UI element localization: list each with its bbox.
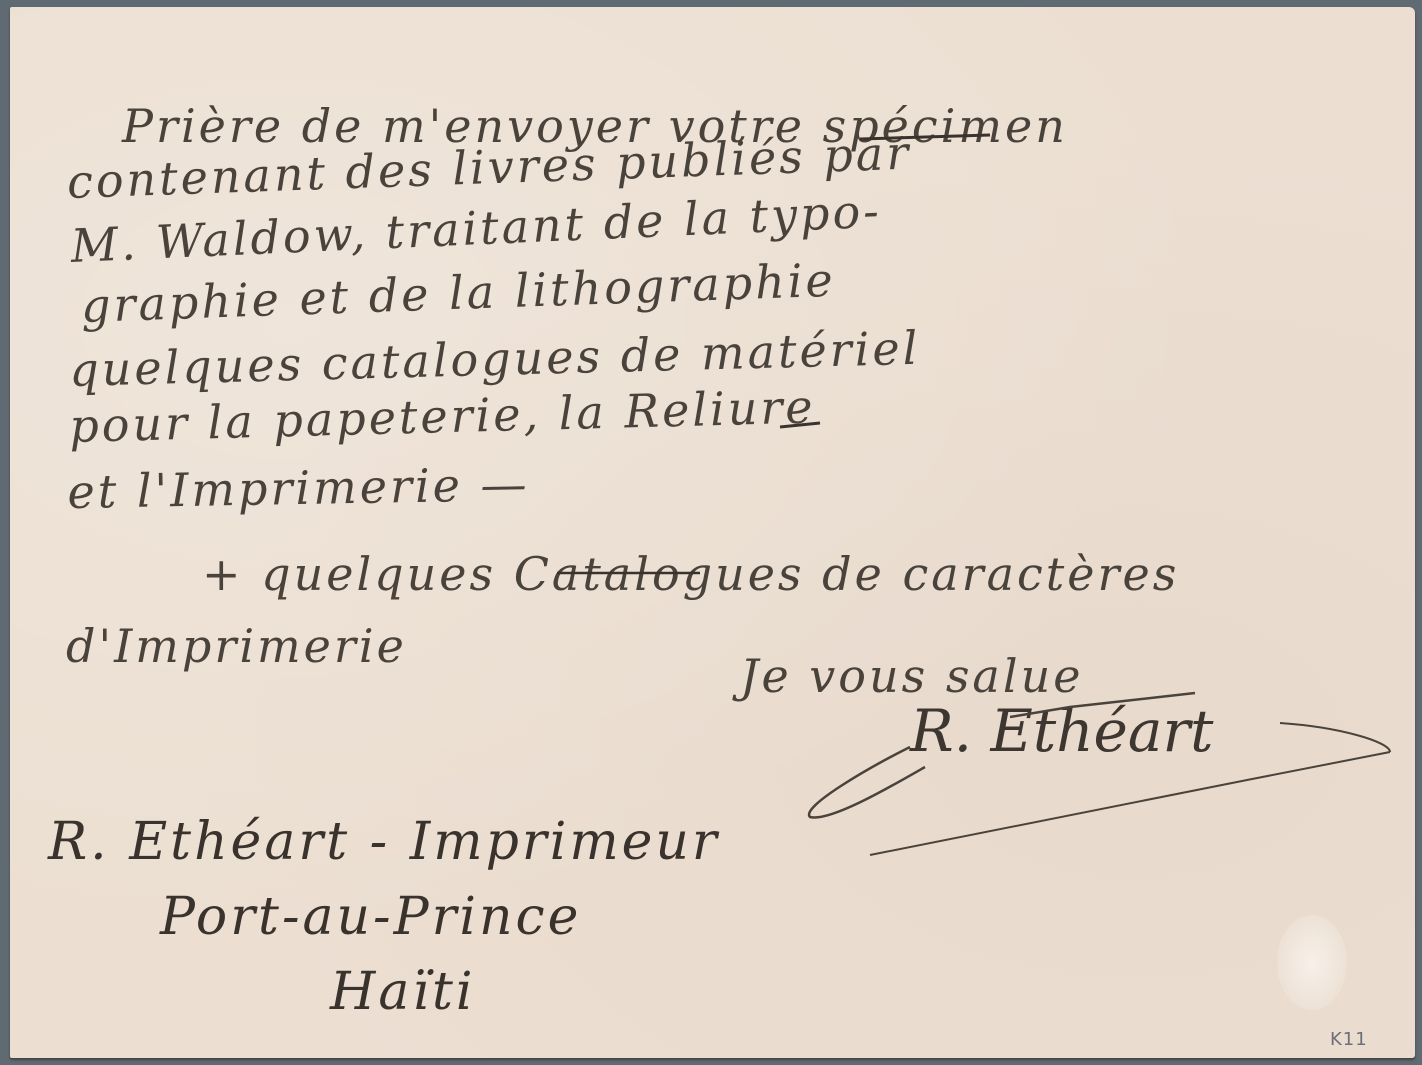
- pencil-annotation: K11: [1330, 1029, 1368, 1050]
- address-line-2: Port-au-Prince: [160, 887, 581, 947]
- paper-wear-mark: [1277, 915, 1347, 1010]
- address-line-3: Haïti: [330, 962, 476, 1022]
- address-line-1: R. Ethéart - Imprimeur: [48, 812, 720, 872]
- postcard: Prière de m'envoyer votre spécimen conte…: [10, 7, 1415, 1058]
